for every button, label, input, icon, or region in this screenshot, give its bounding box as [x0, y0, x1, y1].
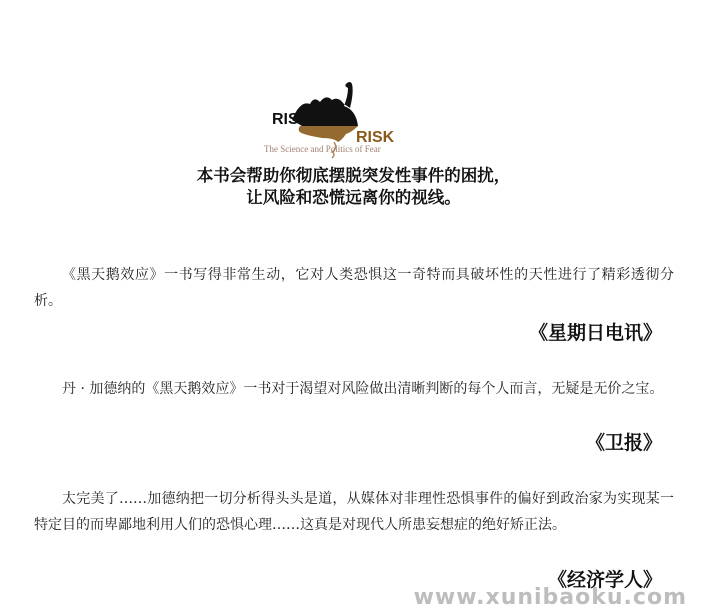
- svg-text:The Science and Politics of Fe: The Science and Politics of Fear: [264, 144, 381, 154]
- review-quote: 太完美了……加德纳把一切分析得头头是道，从媒体对非理性恐惧事件的偏好到政治家为实…: [34, 486, 674, 538]
- tagline-line-2: 让风险和恐慌远离你的视线。: [0, 187, 707, 209]
- review-source: 《星期日电讯》: [529, 318, 662, 345]
- site-watermark: www.xunibaoku.com: [414, 585, 687, 610]
- risk-logo: RISK RISK The Science and Politics of Fe…: [262, 82, 422, 162]
- review-source: 《卫报》: [586, 428, 662, 455]
- review-quote: 《黑天鹅效应》一书写得非常生动，它对人类恐惧这一奇特而具破坏性的天性进行了精彩透…: [34, 262, 674, 314]
- black-swan-icon: RISK RISK The Science and Politics of Fe…: [262, 82, 422, 162]
- svg-text:RISK: RISK: [272, 111, 311, 128]
- book-tagline: 本书会帮助你彻底摆脱突发性事件的困扰， 让风险和恐慌远离你的视线。: [0, 165, 707, 209]
- review-quote: 丹 · 加德纳的《黑天鹅效应》一书对于渴望对风险做出清晰判断的每个人而言，无疑是…: [34, 376, 674, 402]
- review-text: 太完美了……加德纳把一切分析得头头是道，从媒体对非理性恐惧事件的偏好到政治家为实…: [34, 486, 674, 538]
- tagline-line-1: 本书会帮助你彻底摆脱突发性事件的困扰，: [0, 165, 707, 187]
- review-text: 丹 · 加德纳的《黑天鹅效应》一书对于渴望对风险做出清晰判断的每个人而言，无疑是…: [34, 376, 674, 402]
- review-text: 《黑天鹅效应》一书写得非常生动，它对人类恐惧这一奇特而具破坏性的天性进行了精彩透…: [34, 262, 674, 314]
